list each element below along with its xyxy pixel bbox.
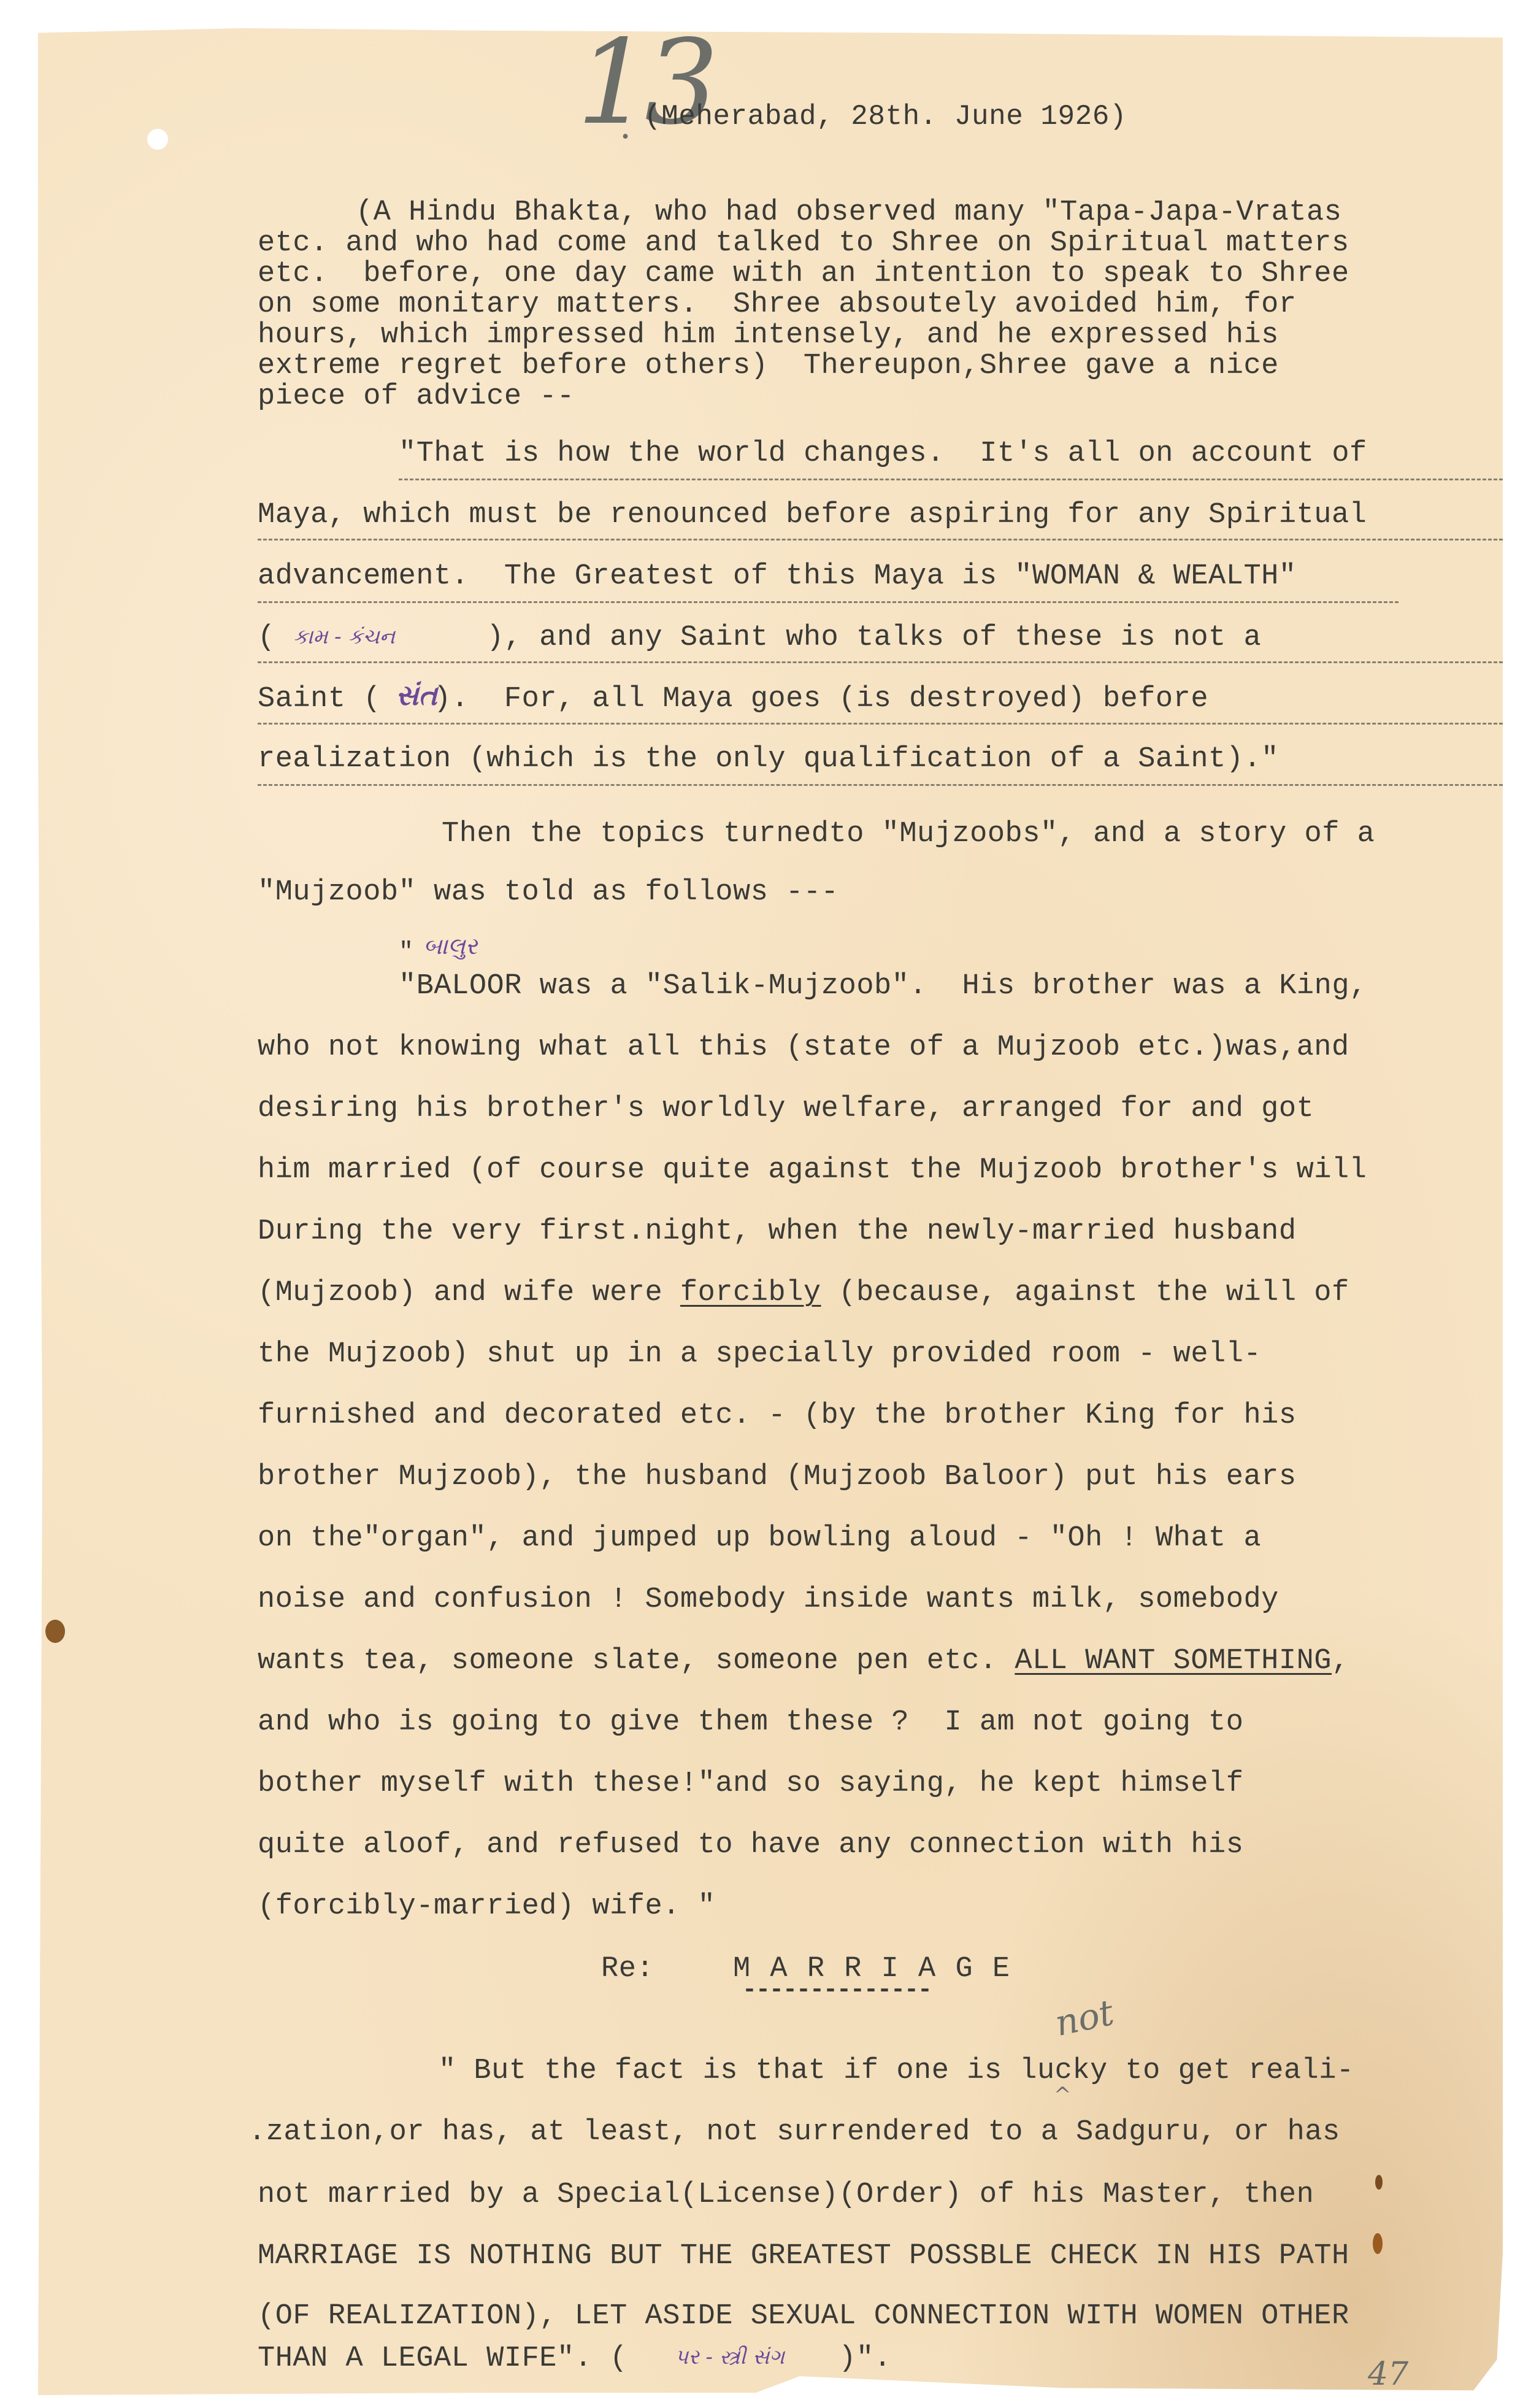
intro-line: extreme regret before others) Thereupon,…	[258, 351, 1279, 382]
intro-line: (A Hindu Bhakta, who had observed many "…	[356, 198, 1341, 228]
intro-line: on some monitary matters. Shree absoutel…	[258, 290, 1297, 320]
story-line: (forcibly-married) wife. "	[258, 1876, 715, 1938]
marriage-line: .zation,or has, at least, not surrendere…	[248, 2102, 1340, 2164]
handwritten-dot: .	[620, 104, 631, 147]
story-line: the Mujzoob) shut up in a specially prov…	[258, 1324, 1261, 1386]
story-line-text: ,	[1332, 1645, 1349, 1677]
punch-hole	[147, 129, 168, 150]
place-date-header: (Meherabad, 28th. June 1926)	[644, 98, 1127, 135]
gujarati-annotation-sant: સંત	[396, 679, 437, 713]
underline-rule	[258, 661, 1503, 663]
intro-line: hours, which impressed him intensely, an…	[258, 320, 1279, 351]
gujarati-annotation-par-stri-sang: પર - સ્ત્રી સંગ	[675, 2345, 785, 2369]
transition-line: "Mujzoob" was told as follows ---	[258, 862, 838, 924]
story-line: noise and confusion ! Somebody inside wa…	[258, 1569, 1279, 1631]
gujarati-annotation-kam-kanchan: કામ - કંચન	[293, 625, 395, 649]
emphasis-all-want-something: ALL WANT SOMETHING	[1015, 1645, 1332, 1677]
story-line: bother myself with these!"and so saying,…	[258, 1753, 1243, 1815]
story-line: brother Mujzoob), the husband (Mujzoob B…	[258, 1447, 1297, 1509]
advice-line: realization (which is the only qualifica…	[258, 729, 1279, 791]
story-line: During the very first.night, when the ne…	[258, 1201, 1297, 1263]
marriage-line: not married by a Special(License)(Order)…	[258, 2164, 1314, 2226]
story-line: him married (of course quite against the…	[258, 1140, 1367, 1202]
underline-rule	[399, 479, 1503, 480]
story-line-text: wants tea, someone slate, someone pen et…	[258, 1645, 1015, 1677]
underline-rule	[258, 723, 1503, 725]
story-line: who not knowing what all this (state of …	[258, 1017, 1349, 1079]
handwritten-page-number: 47	[1368, 2356, 1408, 2393]
advice-line: "That is how the world changes. It's all…	[399, 423, 1367, 485]
intro-line: etc. and who had come and talked to Shre…	[258, 228, 1349, 259]
story-line: "BALOOR was a "Salik-Mujzoob". His broth…	[399, 956, 1367, 1018]
advice-line: Maya, which must be renounced before asp…	[258, 485, 1367, 547]
story-line-text: (Mujzoob) and wife were	[258, 1277, 680, 1309]
intro-line: etc. before, one day came with an intent…	[258, 259, 1349, 290]
underline-rule	[258, 784, 1503, 786]
section-heading-prefix: Re:	[601, 1951, 654, 1988]
story-line-text: (because, against the will of	[821, 1277, 1349, 1309]
story-line: and who is going to give them these ? I …	[258, 1692, 1243, 1754]
marriage-line: THAN A LEGAL WIFE". ( )".	[258, 2344, 891, 2374]
story-line: furnished and decorated etc. - (by the b…	[258, 1385, 1297, 1447]
section-heading-rule: --------------	[742, 1979, 931, 2003]
rust-stain	[1375, 2175, 1383, 2190]
emphasis-forcibly: forcibly	[680, 1277, 821, 1309]
story-line: (Mujzoob) and wife were forcibly (becaus…	[258, 1263, 1349, 1325]
rust-stain	[1373, 2233, 1383, 2254]
rust-stain	[45, 1620, 65, 1643]
marriage-line: (OF REALIZATION), LET ASIDE SEXUAL CONNE…	[258, 2286, 1349, 2348]
story-line: on the"organ", and jumped up bowling alo…	[258, 1508, 1261, 1570]
underline-rule	[258, 539, 1503, 540]
story-line: quite aloof, and refused to have any con…	[258, 1815, 1243, 1877]
advice-line: ( ), and any Saint who talks of these is…	[258, 607, 1261, 669]
marriage-line: MARRIAGE IS NOTHING BUT THE GREATEST POS…	[258, 2226, 1349, 2288]
transition-line: Then the topics turnedto "Mujzoobs", and…	[442, 804, 1375, 866]
advice-line: advancement. The Greatest of this Maya i…	[258, 546, 1297, 608]
story-line: wants tea, someone slate, someone pen et…	[258, 1631, 1349, 1693]
underline-rule	[258, 601, 1399, 603]
story-line: desiring his brother's worldly welfare, …	[258, 1079, 1314, 1141]
intro-line: piece of advice --	[258, 382, 575, 412]
marriage-line: " But the fact is that if one is lucky t…	[439, 2041, 1354, 2102]
